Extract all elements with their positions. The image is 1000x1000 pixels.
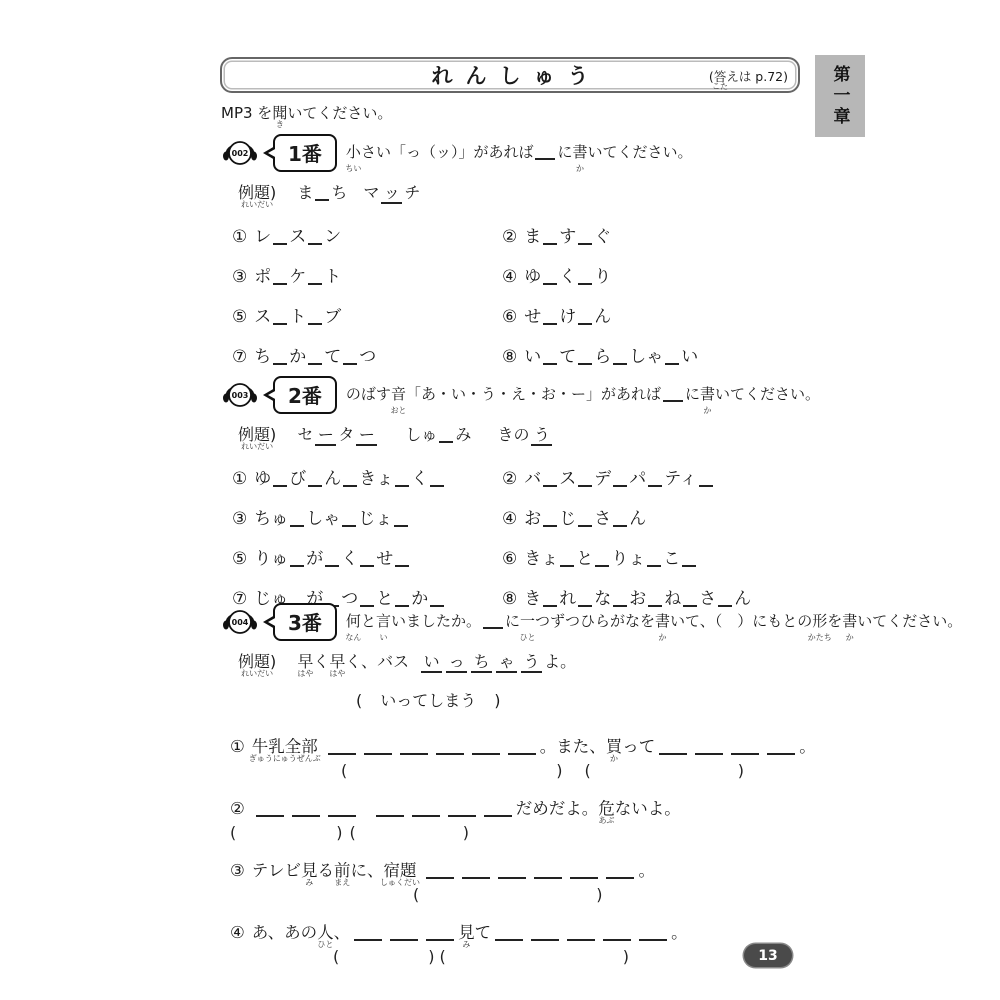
item-6: ⑥きょとりょこ xyxy=(502,544,975,569)
item-text: バスデパティ xyxy=(524,469,715,489)
item-text: 牛乳全部ぎゅうにゅうぜんぶ。また、買かって。 xyxy=(252,737,816,756)
exercise-number-box: 3番 xyxy=(273,603,337,641)
item-number: ① xyxy=(232,227,247,247)
item-text: ゆびんきょく xyxy=(254,469,446,489)
item-number: ④ xyxy=(502,509,517,529)
item-1: ①牛乳全部ぎゅうにゅうぜんぶ。また、買かって。 ()() xyxy=(230,733,975,780)
item-number: ③ xyxy=(230,861,245,880)
item-text: ストブ xyxy=(254,307,341,327)
item-text: せけん xyxy=(524,307,611,327)
exercise-number-box: 1番 xyxy=(273,134,337,172)
item-number: ④ xyxy=(230,923,245,942)
item-text: ポケト xyxy=(254,267,341,287)
item-text: あ、あの人ひと、見みて。 xyxy=(252,923,688,942)
mp3-instruction: MP3 を聞きいてください。 xyxy=(221,102,392,123)
item-number: ⑥ xyxy=(502,549,517,569)
exercise-instruction: のばす音おと「あ・い・う・え・お・ー」があればに書かいてください。 xyxy=(346,376,975,409)
exercise-instruction: 小ちいさい「っ（ッ）」があればに書かいてください。 xyxy=(346,134,975,167)
item-5: ⑤ストブ xyxy=(232,302,502,327)
item-3: ③ポケト xyxy=(232,262,502,287)
item-text: テレビ見みる前まえに、宿題しゅくだい。 xyxy=(252,861,655,880)
item-text: りゅがくせ xyxy=(254,549,411,569)
exercise-1-items: ①レスン ②ますぐ ③ポケト ④ゆくり ⑤ストブ ⑥せけん ⑦ちかてつ ⑧いてら… xyxy=(232,222,975,367)
item-2: ②だめだよ。危あぶないよ。 ()() xyxy=(230,795,975,842)
item-2: ②バスデパティ xyxy=(502,464,975,489)
item-sentence: ④あ、あの人ひと、見みて。 xyxy=(230,919,975,943)
item-number: ② xyxy=(502,469,517,489)
item-text: レスン xyxy=(254,227,341,247)
item-1: ①ゆびんきょく xyxy=(232,464,502,489)
example-label: 例題)れいだい xyxy=(238,425,276,444)
item-number: ⑤ xyxy=(232,307,247,327)
item-number: ⑤ xyxy=(232,549,247,569)
track-number: 004 xyxy=(232,618,249,627)
item-text: ゆくり xyxy=(524,267,611,287)
exercise-instruction: 何なんと言いいましたか。に一ひとつずつひらがなを書かいて、（ ）にもとの形かたち… xyxy=(346,603,975,636)
example-label: 例題)れいだい xyxy=(238,183,276,202)
example-label: 例題)れいだい xyxy=(238,652,276,671)
track-number: 002 xyxy=(232,149,249,158)
headphone-icon: 004 xyxy=(220,605,260,635)
item-1: ①レスン xyxy=(232,222,502,247)
item-number: ② xyxy=(230,799,245,818)
item-paren-line: ()() xyxy=(230,823,975,842)
page-number-badge: 13 xyxy=(744,944,792,967)
item-text: きょとりょこ xyxy=(524,549,698,569)
exercise-3-header: 004 3番 何なんと言いいましたか。に一ひとつずつひらがなを書かいて、（ ）に… xyxy=(220,603,975,641)
item-text: いてらしゃい xyxy=(524,347,698,367)
item-paren-line: ()() xyxy=(230,761,975,780)
item-5: ⑤りゅがくせ xyxy=(232,544,502,569)
example-content: 早はやく早はやく、バスいっちゃうよ。 xyxy=(297,652,576,671)
item-sentence: ②だめだよ。危あぶないよ。 xyxy=(230,795,975,819)
item-2: ②ますぐ xyxy=(502,222,975,247)
item-number: ④ xyxy=(502,267,517,287)
exercise-2-header: 003 2番 のばす音おと「あ・い・う・え・お・ー」があればに書かいてください。 xyxy=(220,376,975,414)
track-number: 003 xyxy=(232,391,249,400)
textbook-page: 第一章 れんしゅう (答こたえは p.72) MP3 を聞きいてください。 00… xyxy=(0,0,1000,1000)
item-text: おじさん xyxy=(524,509,646,529)
headphone-icon: 002 xyxy=(220,136,260,166)
item-3: ③テレビ見みる前まえに、宿題しゅくだい。 () xyxy=(230,857,975,904)
item-paren-line: ()() xyxy=(230,947,975,966)
item-text: ますぐ xyxy=(524,227,611,247)
answer-page-note: (答こたえは p.72) xyxy=(709,67,788,85)
item-6: ⑥せけん xyxy=(502,302,975,327)
item-4: ④おじさん xyxy=(502,504,975,529)
example-line: 例題)れいだい 早はやく早はやく、バスいっちゃうよ。 xyxy=(238,649,975,672)
item-text: ちゅしゃじょ xyxy=(254,509,410,529)
item-number: ① xyxy=(230,737,245,756)
example-answer-line: (いってしまう) xyxy=(238,688,975,711)
item-4: ④ゆくり xyxy=(502,262,975,287)
item-paren-line: () xyxy=(230,885,975,904)
example-content: セーターしゅみきのう xyxy=(297,425,554,444)
chapter-tab: 第一章 xyxy=(815,55,865,137)
item-sentence: ①牛乳全部ぎゅうにゅうぜんぶ。また、買かって。 xyxy=(230,733,975,757)
exercise-2: 003 2番 のばす音おと「あ・い・う・え・お・ー」があればに書かいてください。… xyxy=(220,376,975,609)
item-3: ③ちゅしゃじょ xyxy=(232,504,502,529)
item-4: ④あ、あの人ひと、見みて。 ()() xyxy=(230,919,975,966)
exercise-3-items: ①牛乳全部ぎゅうにゅうぜんぶ。また、買かって。 ()() ②だめだよ。危あぶない… xyxy=(230,733,975,966)
item-number: ⑦ xyxy=(232,347,247,367)
item-text: ちかてつ xyxy=(254,347,376,367)
exercise-1-header: 002 1番 小ちいさい「っ（ッ）」があればに書かいてください。 xyxy=(220,134,975,172)
item-number: ② xyxy=(502,227,517,247)
item-7: ⑦ちかてつ xyxy=(232,342,502,367)
exercise-3: 004 3番 何なんと言いいましたか。に一ひとつずつひらがなを書かいて、（ ）に… xyxy=(220,603,975,981)
item-text: だめだよ。危あぶないよ。 xyxy=(252,799,681,818)
headphone-icon: 003 xyxy=(220,378,260,408)
page-title: れんしゅう xyxy=(419,60,602,90)
item-sentence: ③テレビ見みる前まえに、宿題しゅくだい。 xyxy=(230,857,975,881)
example-line: 例題)れいだい セーターしゅみきのう xyxy=(238,422,975,445)
section-header: れんしゅう (答こたえは p.72) xyxy=(220,57,800,93)
item-8: ⑧いてらしゃい xyxy=(502,342,975,367)
item-number: ① xyxy=(232,469,247,489)
item-number: ③ xyxy=(232,509,247,529)
exercise-1: 002 1番 小ちいさい「っ（ッ）」があればに書かいてください。 例題)れいだい… xyxy=(220,134,975,367)
exercise-2-items: ①ゆびんきょく ②バスデパティ ③ちゅしゃじょ ④おじさん ⑤りゅがくせ ⑥きょ… xyxy=(232,464,975,609)
exercise-number-box: 2番 xyxy=(273,376,337,414)
item-number: ⑧ xyxy=(502,347,517,367)
example-content: まちマッチ xyxy=(297,183,420,202)
item-number: ③ xyxy=(232,267,247,287)
item-number: ⑥ xyxy=(502,307,517,327)
example-line: 例題)れいだい まちマッチ xyxy=(238,180,975,203)
